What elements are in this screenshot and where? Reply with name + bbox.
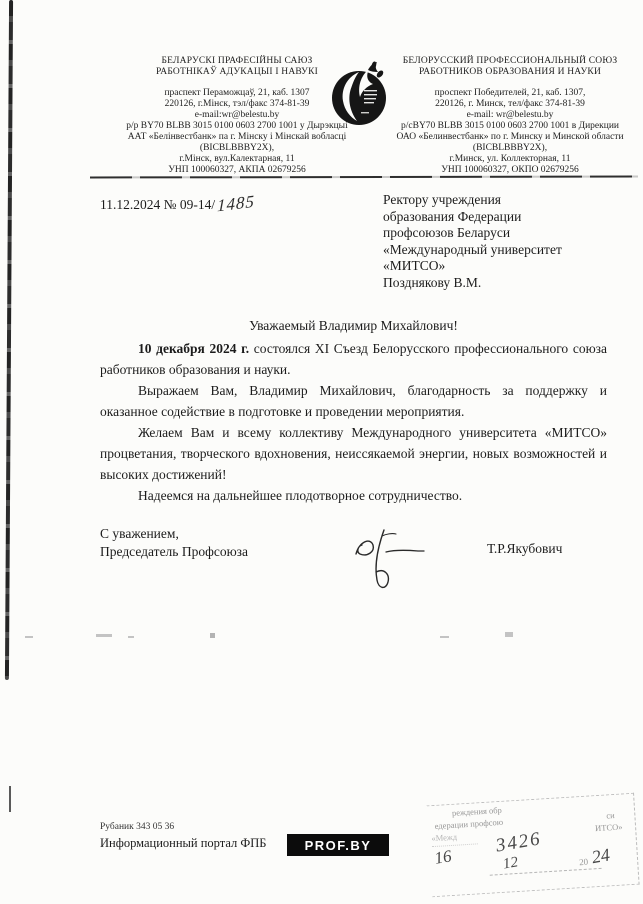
paragraph-cooperation: Надеемся на дальнейшее плодотворное сотр… [100, 485, 607, 506]
addressee-line: образования Федерации [383, 209, 633, 226]
stamp-dotted-line [432, 843, 478, 847]
addressee-line: «Международный университет [383, 242, 633, 259]
stamp-org-fragment: реждения обр [452, 805, 502, 818]
letterhead-right: БЕЛОРУССКИЙ ПРОФЕССИОНАЛЬНЫЙ СОЮЗ РАБОТН… [383, 56, 637, 176]
scan-speck [96, 634, 112, 637]
address-line: ОАО «Белинвестбанк» по г. Минску и Минск… [383, 132, 637, 143]
signature-closing: С уважением, [100, 526, 179, 542]
scanned-letter-page: БЕЛАРУСКІ ПРАФЕСІЙНЫ САЮЗ РАБОТНІКАЎ АДУ… [0, 0, 643, 904]
spacer [383, 78, 637, 88]
signer-name: Т.Р.Якубович [487, 541, 562, 557]
scan-speck [128, 636, 134, 638]
trade-union-emblem-icon [330, 60, 390, 128]
address-line: УНП 100060327, ОКПО 02679256 [383, 165, 637, 176]
address-line: (BICBLBBBY2X), [96, 143, 378, 154]
address-line: (BICBLBBBY2X), [383, 143, 637, 154]
address-line: р/сBY70 BLBB 3015 0100 0603 2700 1001 в … [383, 121, 637, 132]
address-line: 220126, г. Минск, тел/факс 374-81-39 [383, 99, 637, 110]
address-line: e-mail: wr@belestu.by [383, 110, 637, 121]
executor-phone: Рубаник 343 05 36 [100, 822, 174, 832]
address-line: г.Минск, ул. Коллекторная, 11 [383, 154, 637, 165]
address-line: проспект Победителей, 21, каб. 1307, [383, 88, 637, 99]
stamp-org-fragment: едерации профсою [434, 817, 503, 831]
addressee-line: «МИТСО» [383, 258, 633, 275]
incoming-stamp: реждения обр едерации профсою си «Межд И… [426, 793, 639, 898]
scan-edge-artifact [5, 0, 13, 680]
paragraph-wishes: Желаем Вам и всему коллективу Международ… [100, 422, 607, 485]
salutation: Уважаемый Владимир Михайлович! [100, 315, 607, 336]
addressee-line: профсоюзов Беларуси [383, 225, 633, 242]
prof-by-badge: PROF.BY [287, 834, 389, 856]
paragraph-congress: 10 декабря 2024 г. состоялся XI Съезд Бе… [100, 338, 607, 380]
address-line: ААТ «Белінвестбанк» па г. Мінску і Мінск… [96, 132, 378, 143]
date-and-number: 11.12.2024 № 09-14/ [100, 197, 215, 212]
stamp-handwritten-month: 12 [502, 854, 520, 873]
portal-caption: Информационный портал ФПБ [100, 836, 266, 851]
org-name-line: РАБОТНИКОВ ОБРАЗОВАНИЯ И НАУКИ [383, 67, 637, 78]
handwritten-signature [346, 528, 430, 598]
stamp-handwritten-year: 24 [590, 845, 611, 869]
addressee-line: Ректору учреждения [383, 192, 633, 209]
addressee-block: Ректору учреждения образования Федерации… [383, 192, 633, 291]
scan-speck [210, 633, 215, 638]
scan-speck [505, 632, 513, 637]
paragraph-gratitude: Выражаем Вам, Владимир Михайлович, благо… [100, 380, 607, 422]
letterhead-divider [90, 176, 638, 179]
scan-edge-mark [9, 786, 11, 812]
stamp-handwritten-number: 3426 [494, 828, 543, 857]
address-line: УНП 100060327, АКПА 02679256 [96, 165, 378, 176]
org-name-line: БЕЛОРУССКИЙ ПРОФЕССИОНАЛЬНЫЙ СОЮЗ [383, 56, 637, 67]
date-emphasis: 10 декабря 2024 г. [138, 341, 249, 356]
stamp-org-fragment: «Межд [431, 832, 457, 844]
stamp-year-prefix: 20 [579, 857, 589, 868]
addressee-line: Позднякову В.М. [383, 275, 633, 292]
handwritten-outgoing-number: 1485 [217, 192, 255, 217]
letter-body: Уважаемый Владимир Михайлович! 10 декабр… [100, 315, 607, 506]
stamp-handwritten-day: 16 [433, 846, 453, 869]
stamp-org-fragment: ИТСО» [595, 822, 623, 834]
scan-speck [25, 636, 33, 638]
signer-title: Председатель Профсоюза [100, 544, 248, 560]
address-line: г.Мінск, вул.Калектарная, 11 [96, 154, 378, 165]
stamp-org-fragment: си [606, 810, 615, 820]
reference-line: 11.12.2024 № 09-14/1485 [100, 194, 255, 214]
scan-speck [440, 636, 449, 638]
